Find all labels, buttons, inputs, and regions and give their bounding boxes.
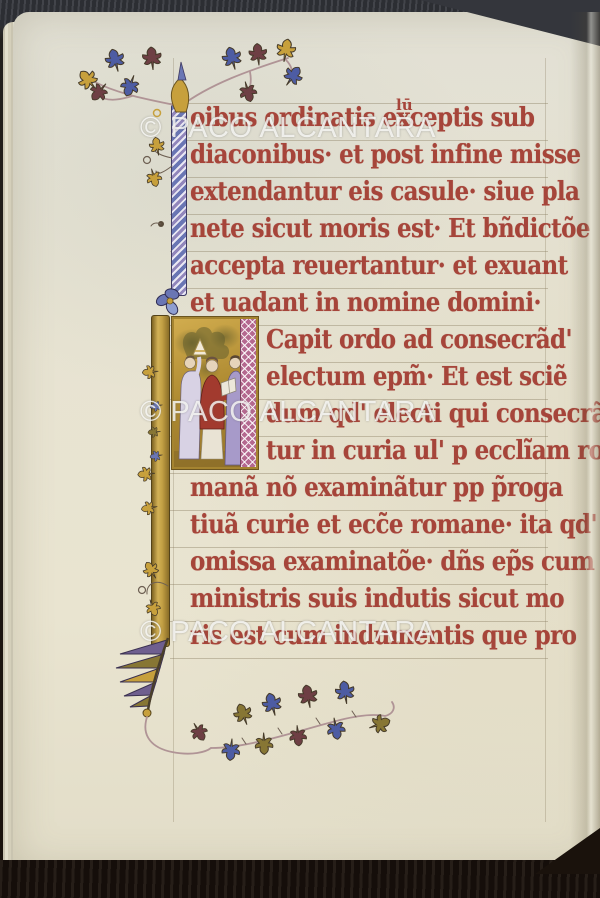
text-line-11: manã nõ examinãtur pp p̃roga — [190, 469, 546, 510]
text-line-7: Capit ordo ad consecrãd' — [266, 321, 546, 362]
text-line-5: accepta reuertantur· et exuant — [190, 247, 546, 288]
text-line-12: tiuã curie et ecc̃e romane· ita qd' — [190, 506, 546, 547]
initial-i-bar-gold — [151, 315, 170, 647]
miniature-pink-frame-column — [240, 319, 256, 467]
page-curve-shadow — [570, 12, 600, 870]
miniature-figures — [174, 319, 242, 467]
text-line-8: electum epm̃· Et est sciẽ — [266, 358, 546, 399]
manuscript-photo: lū oibus ordinatis exceptis subdiaconibu… — [0, 0, 600, 898]
miniature-initial — [172, 317, 258, 469]
text-line-10: tur in curia ul' p ecclĩam ro — [266, 432, 546, 473]
watermark-1: © PACO ALCANTARA — [140, 112, 436, 145]
text-line-4: nete sicut moris est· Et bñdictõe — [190, 210, 546, 251]
photo-background-bottom — [0, 860, 600, 898]
text-line-3: extendantur eis casule· siue pla — [190, 173, 546, 214]
watermark-2: © PACO ALCANTARA — [140, 396, 436, 429]
text-line-13: omissa examinatõe· dñs ep̃s cum — [190, 543, 546, 584]
watermark-3: © PACO ALCANTARA — [140, 616, 436, 649]
